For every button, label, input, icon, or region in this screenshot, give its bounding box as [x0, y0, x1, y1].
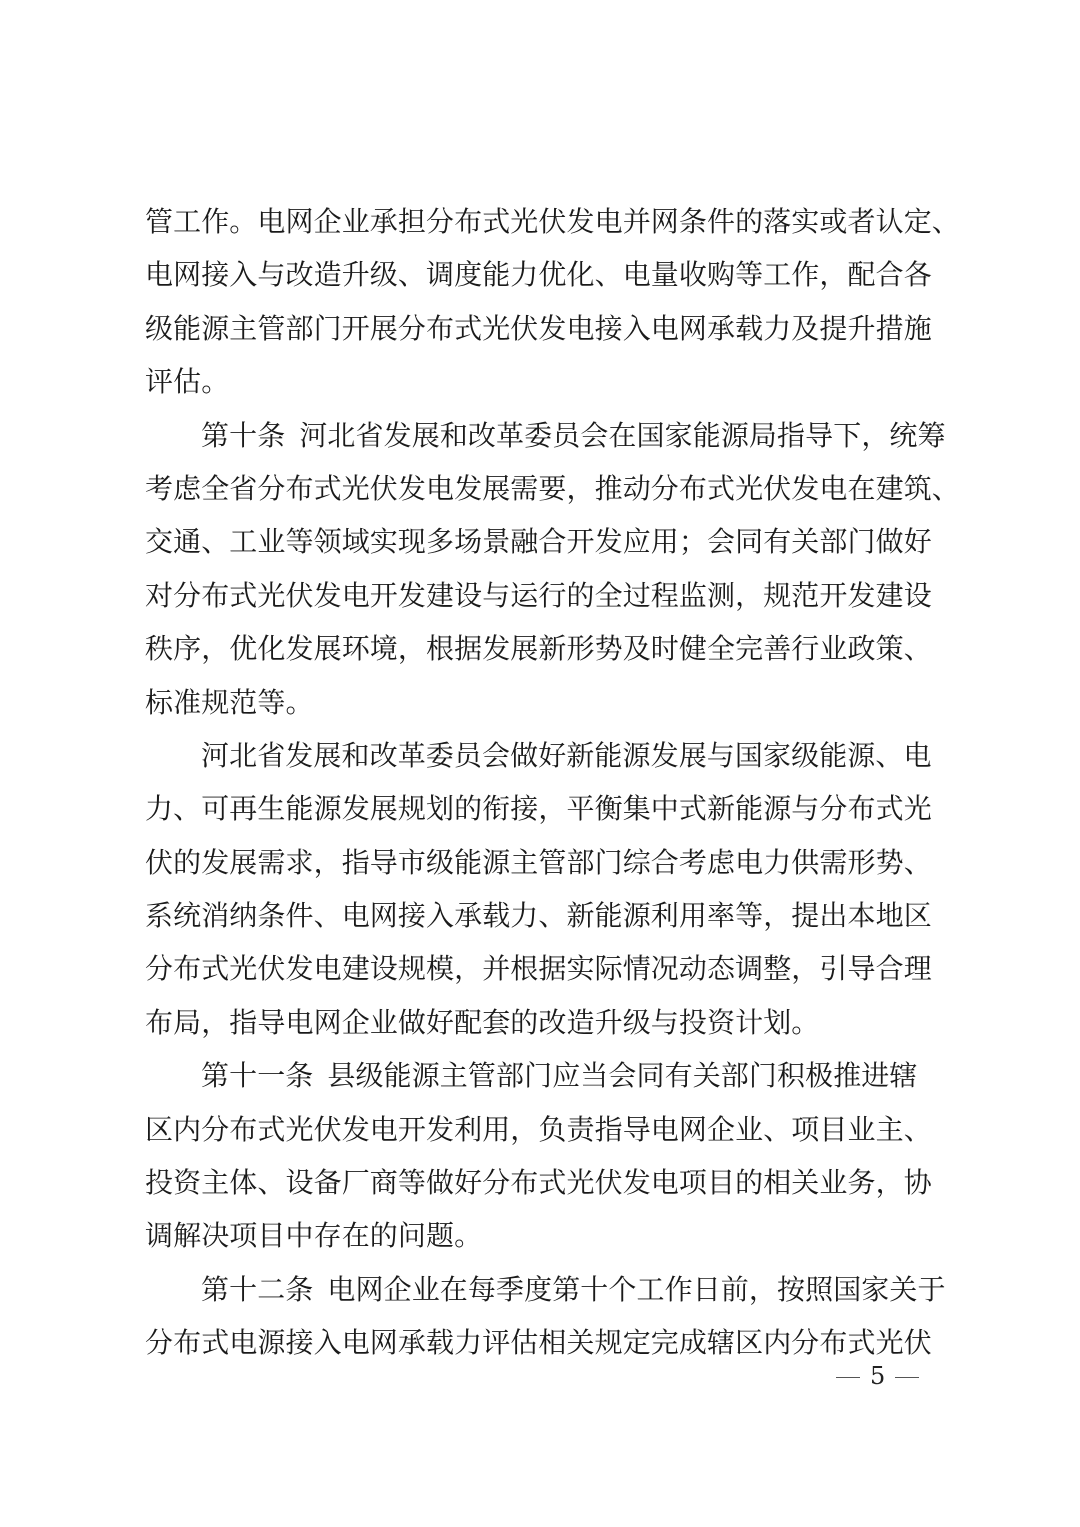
page-number: 5: [826, 1362, 926, 1390]
article-12-first-line: 第十二条电网企业在每季度第十个工作日前，按照国家关于: [145, 1263, 937, 1316]
text-line: 电网企业在每季度第十个工作日前，按照国家关于: [327, 1273, 945, 1306]
text-line: 对分布式光伏发电开发建设与运行的全过程监测，规范开发建设: [145, 569, 937, 622]
text-line: 电网接入与改造升级、调度能力优化、电量收购等工作，配合各: [145, 248, 937, 301]
text-line: 伏的发展需求，指导市级能源主管部门综合考虑电力供需形势、: [145, 836, 937, 889]
text-line: 河北省发展和改革委员会做好新能源发展与国家级能源、电: [145, 729, 937, 782]
text-line: 区内分布式光伏发电开发利用，负责指导电网企业、项目业主、: [145, 1103, 937, 1156]
text-line: 级能源主管部门开展分布式光伏发电接入电网承载力及提升措施: [145, 302, 937, 355]
text-line: 分布式光伏发电建设规模，并根据实际情况动态调整，引导合理: [145, 942, 937, 995]
text-line: 系统消纳条件、电网接入承载力、新能源利用率等，提出本地区: [145, 889, 937, 942]
text-line: 县级能源主管部门应当会同有关部门积极推进辖: [327, 1059, 917, 1092]
document-page: 管工作。电网企业承担分布式光伏发电并网条件的落实或者认定、 电网接入与改造升级、…: [0, 0, 1080, 1527]
article-number: 第十条: [201, 419, 285, 452]
text-line: 布局，指导电网企业做好配套的改造升级与投资计划。: [145, 996, 937, 1049]
text-line: 力、可再生能源发展规划的衔接，平衡集中式新能源与分布式光: [145, 782, 937, 835]
page-number-right-dash: [895, 1377, 919, 1379]
page-number-left-dash: [836, 1377, 860, 1379]
text-line: 评估。: [145, 355, 937, 408]
text-line: 秩序，优化发展环境，根据发展新形势及时健全完善行业政策、: [145, 622, 937, 675]
page-number-value: 5: [870, 1362, 885, 1390]
article-11-first-line: 第十一条县级能源主管部门应当会同有关部门积极推进辖: [145, 1049, 937, 1102]
text-line: 标准规范等。: [145, 676, 937, 729]
text-line: 交通、工业等领域实现多场景融合开发应用；会同有关部门做好: [145, 515, 937, 568]
article-number: 第十一条: [201, 1059, 313, 1092]
text-line: 考虑全省分布式光伏发电发展需要，推动分布式光伏发电在建筑、: [145, 462, 937, 515]
document-body: 管工作。电网企业承担分布式光伏发电并网条件的落实或者认定、 电网接入与改造升级、…: [145, 195, 937, 1370]
text-line: 投资主体、设备厂商等做好分布式光伏发电项目的相关业务，协: [145, 1156, 937, 1209]
article-10-first-line: 第十条河北省发展和改革委员会在国家能源局指导下，统筹: [145, 409, 937, 462]
text-line: 分布式电源接入电网承载力评估相关规定完成辖区内分布式光伏: [145, 1316, 937, 1369]
text-line: 调解决项目中存在的问题。: [145, 1209, 937, 1262]
article-number: 第十二条: [201, 1273, 313, 1306]
text-line: 河北省发展和改革委员会在国家能源局指导下，统筹: [299, 419, 945, 452]
text-line: 管工作。电网企业承担分布式光伏发电并网条件的落实或者认定、: [145, 195, 937, 248]
